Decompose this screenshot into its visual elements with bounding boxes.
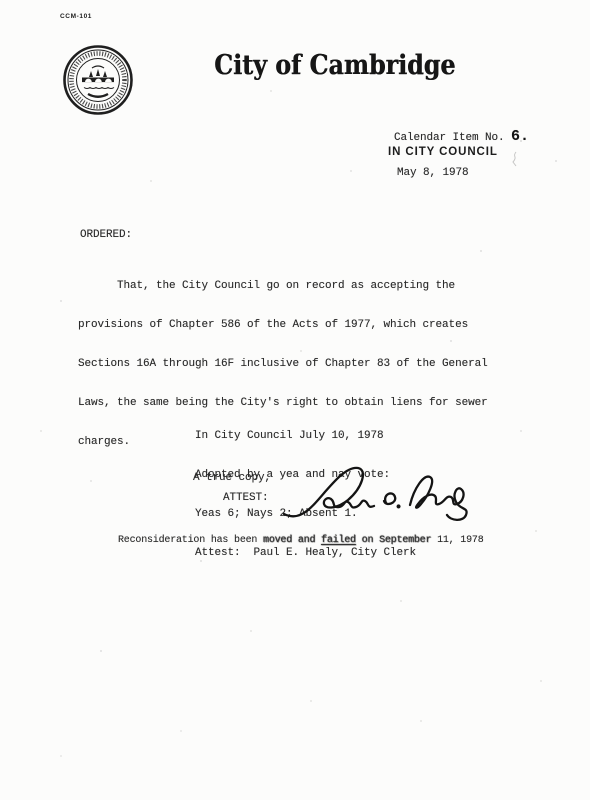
document-title: City of Cambridge bbox=[214, 50, 421, 81]
document-date: May 8, 1978 bbox=[397, 167, 469, 180]
calendar-item-line: Calendar Item No. 6. bbox=[394, 130, 529, 145]
reconsideration-failed-text: failed bbox=[321, 535, 356, 546]
calendar-item-number: 6. bbox=[511, 128, 529, 145]
calendar-item-label: Calendar Item No. bbox=[394, 132, 511, 144]
adoption-line: Attest: Paul E. Healy, City Clerk bbox=[195, 547, 416, 560]
ordered-label: ORDERED: bbox=[80, 229, 132, 242]
document-page: CCM-101 City of Cambridge Calendar Item … bbox=[0, 0, 590, 800]
clerk-signature bbox=[280, 458, 475, 530]
attest-label: ATTEST: bbox=[223, 492, 269, 505]
reconsideration-line: Reconsideration has been moved and faile… bbox=[118, 535, 484, 546]
true-copy-label: A true copy, bbox=[193, 472, 271, 485]
order-body-line: provisions of Chapter 586 of the Acts of… bbox=[78, 319, 488, 332]
adoption-line: In City Council July 10, 1978 bbox=[195, 430, 416, 443]
paper-speckles bbox=[0, 0, 2, 2]
reconsideration-moved-text: moved and bbox=[263, 535, 321, 546]
in-city-council-line: IN CITY COUNCIL bbox=[388, 146, 498, 158]
reconsideration-date-month: on September bbox=[356, 535, 431, 546]
city-seal-icon bbox=[62, 44, 134, 116]
order-body-line: That, the City Council go on record as a… bbox=[78, 280, 488, 293]
form-code: CCM-101 bbox=[60, 13, 92, 20]
reconsideration-date: 11, 1978 bbox=[431, 535, 483, 546]
pencil-mark bbox=[508, 150, 522, 168]
reconsideration-text: Reconsideration has been bbox=[118, 535, 263, 546]
order-body-line: Sections 16A through 16F inclusive of Ch… bbox=[78, 358, 488, 371]
